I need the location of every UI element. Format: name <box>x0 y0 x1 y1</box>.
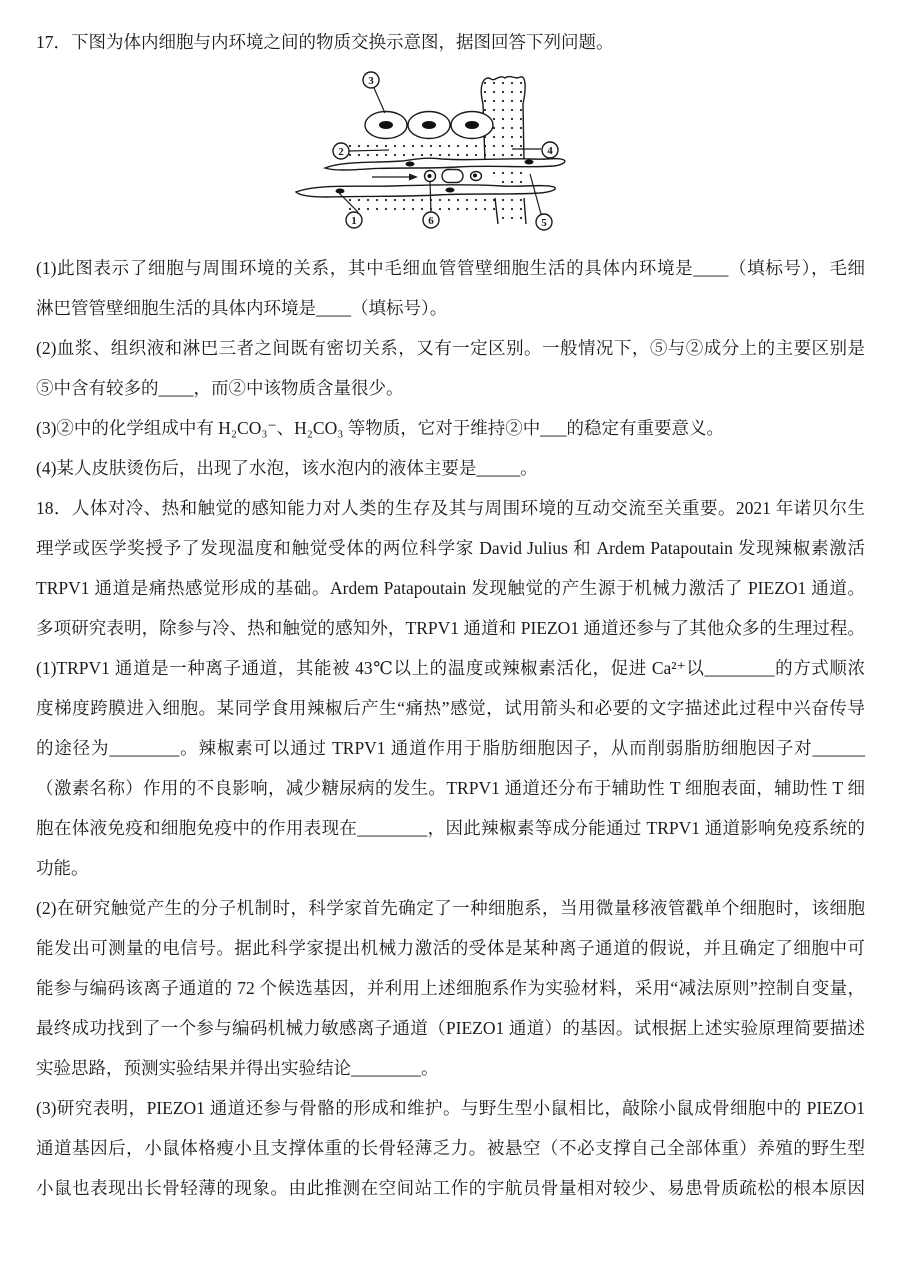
q18-part2-line3: 能参与编码该离子通道的 72 个候选基因，并利用上述细胞系作为实验材料，采用“减… <box>36 968 865 1008</box>
svg-text:5: 5 <box>541 217 547 229</box>
q18-stem-line1: 18．人体对冷、热和触觉的感知能力对人类的生存及其与周围环境的互动交流至关重要。… <box>36 488 865 528</box>
q17-part2-line2: ⑤中含有较多的____，而②中该物质含量很少。 <box>36 368 865 408</box>
diagram-label-lymph: 5 <box>536 214 552 230</box>
svg-text:6: 6 <box>428 215 434 227</box>
q18-part2-line2: 能发出可测量的电信号。据此科学家提出机械力激活的受体是某种离子通道的假说，并且确… <box>36 928 865 968</box>
q18-part1-line3: 的途径为________。辣椒素可以通过 TRPV1 通道作用于脂肪细胞因子，从… <box>36 728 865 768</box>
q18-part1-line6: 功能。 <box>36 848 865 888</box>
q18-stem-line4: 多项研究表明，除参与冷、热和触觉的感知外，TRPV1 通道和 PIEZO1 通道… <box>36 608 865 648</box>
q17-diagram: 3 2 4 1 6 5 <box>36 62 865 248</box>
blood-cells <box>424 170 481 183</box>
diagram-label-lymph-vessel: 4 <box>542 142 558 158</box>
diagram-label-capillary-wall: 1 <box>346 212 362 228</box>
q18-part1-line5: 胞在体液免疫和细胞免疫中的作用表现在________，因此辣椒素等成分能通过 T… <box>36 808 865 848</box>
diagram-label-blood-cell: 6 <box>423 212 439 228</box>
q17-stem: 17．下图为体内细胞与内环境之间的物质交换示意图，据图回答下列问题。 <box>36 22 865 62</box>
q17-part1-line2: 淋巴管管壁细胞生活的具体内环境是____（填标号）。 <box>36 288 865 328</box>
cell-environment-diagram: 3 2 4 1 6 5 <box>292 70 582 238</box>
svg-text:1: 1 <box>351 215 357 227</box>
q18-part3-line3: 小鼠也表现出长骨轻薄的现象。由此推测在空间站工作的宇航员骨量相对较少、易患骨质疏… <box>36 1168 865 1208</box>
q18-part1-line1: (1)TRPV1 通道是一种离子通道，其能被 43℃以上的温度或辣椒素活化，促进… <box>36 648 865 688</box>
blood-flow-arrow <box>372 174 418 181</box>
q18-part3-line1: (3)研究表明，PIEZO1 通道还参与骨骼的形成和维护。与野生型小鼠相比，敲除… <box>36 1088 865 1128</box>
q18-part1-line4: （激素名称）作用的不良影响，减少糖尿病的发生。TRPV1 通道还分布于辅助性 T… <box>36 768 865 808</box>
q18-part3-line2: 通道基因后，小鼠体格瘦小且支撑体重的长骨轻薄乏力。被悬空（不必支撑自己全部体重）… <box>36 1128 865 1168</box>
exam-page: 17．下图为体内细胞与内环境之间的物质交换示意图，据图回答下列问题。 <box>0 0 900 1264</box>
q18-part2-line5: 实验思路，预测实验结果并得出实验结论________。 <box>36 1048 865 1088</box>
diagram-label-tissue-fluid: 2 <box>333 143 349 159</box>
q17-part1-line1: (1)此图表示了细胞与周围环境的关系，其中毛细血管管壁细胞生活的具体内环境是__… <box>36 248 865 288</box>
tissue-fluid-dots-lower <box>348 198 496 212</box>
pointer-cells <box>374 88 385 113</box>
q18-part2-line4: 最终成功找到了一个参与编码机械力敏感离子通道（PIEZO1 通道）的基因。试根据… <box>36 1008 865 1048</box>
q18-part1-line2: 度梯度跨膜进入细胞。某同学食用辣椒后产生“痛热”感觉，试用箭头和必要的文字描述此… <box>36 688 865 728</box>
diagram-label-cells: 3 <box>363 72 379 88</box>
svg-text:2: 2 <box>338 146 344 158</box>
q18-stem-line3: TRPV1 通道是痛热感觉形成的基础。Ardem Patapoutain 发现触… <box>36 568 865 608</box>
q17-part3-line1: (3)②中的化学组成中有 H₂CO₃⁻、H₂CO₃ 等物质，它对于维持②中___… <box>36 408 865 448</box>
body-cells <box>365 112 493 139</box>
q18-part2-line1: (2)在研究触觉产生的分子机制时，科学家首先确定了一种细胞系，当用微量移液管戳单… <box>36 888 865 928</box>
q17-part4-line1: (4)某人皮肤烫伤后，出现了水泡，该水泡内的液体主要是_____。 <box>36 448 865 488</box>
q17-part2-line1: (2)血浆、组织液和淋巴三者之间既有密切关系，又有一定区别。一般情况下，⑤与②成… <box>36 328 865 368</box>
svg-text:3: 3 <box>368 75 374 87</box>
q18-stem-line2: 理学或医学奖授予了发现温度和触觉受体的两位科学家 David Julius 和 … <box>36 528 865 568</box>
svg-text:4: 4 <box>547 145 553 157</box>
